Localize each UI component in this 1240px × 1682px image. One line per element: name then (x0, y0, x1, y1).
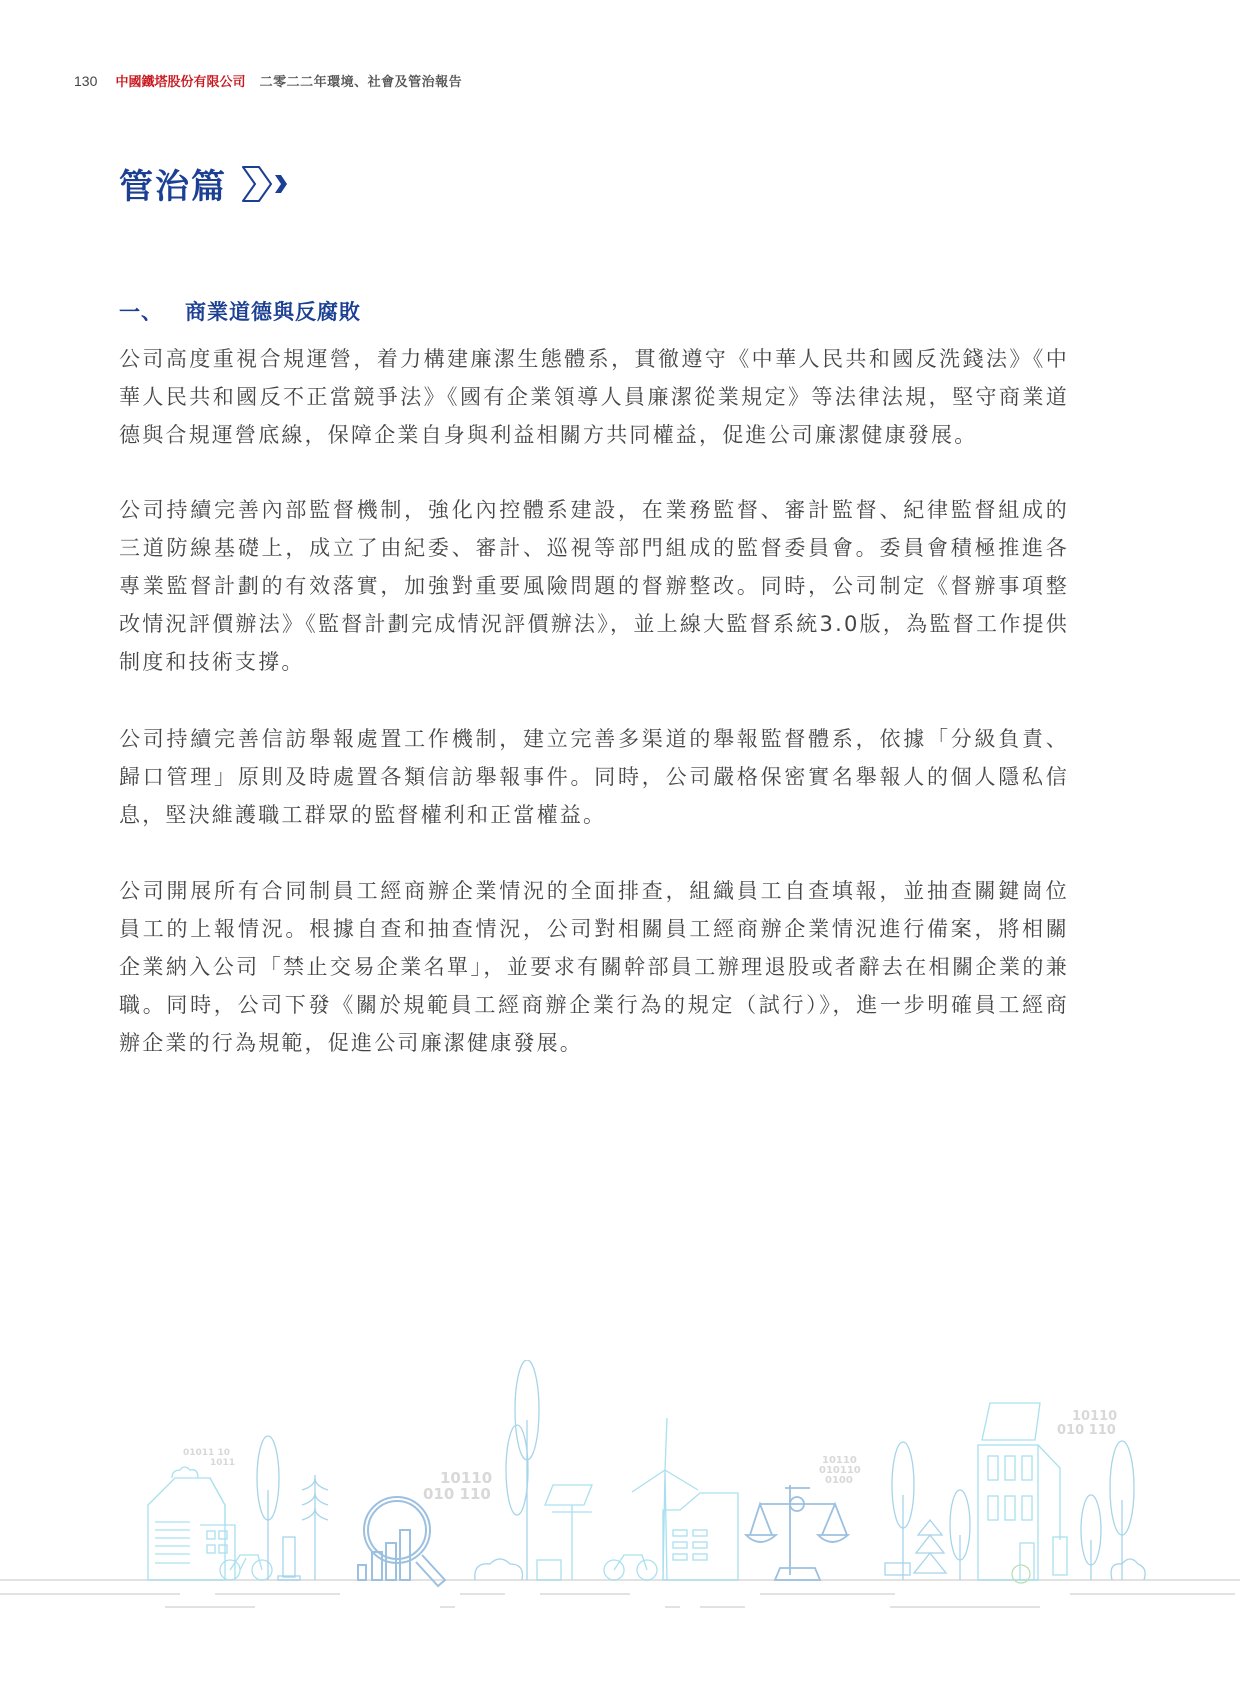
paragraph: 公司持續完善信訪舉報處置工作機制，建立完善多渠道的舉報監督體系，依據「分級負責、… (119, 720, 1069, 834)
svg-text:0100: 0100 (825, 1475, 853, 1486)
page-number: 130 (74, 73, 97, 89)
chapter-heading: 管治篇 (119, 159, 289, 208)
city-illustration: 01011 10 1011 10110 010 110 10110 010110… (0, 1360, 1240, 1620)
paragraph: 公司高度重視合規運營，着力構建廉潔生態體系，貫徹遵守《中華人民共和國反洗錢法》《… (119, 340, 1069, 454)
chapter-title: 管治篇 (119, 159, 227, 208)
section-heading: 一、商業道德與反腐敗 (119, 296, 361, 326)
section-number: 一、 (119, 300, 163, 324)
svg-text:1011: 1011 (210, 1458, 235, 1468)
double-chevron-right-icon (239, 164, 289, 204)
paragraph: 公司開展所有合同制員工經商辦企業情況的全面排查，組織員工自查填報，並抽查關鍵崗位… (119, 872, 1069, 1062)
svg-text:10110: 10110 (1072, 1409, 1117, 1424)
section-title: 商業道德與反腐敗 (185, 300, 361, 324)
report-title: 二零二二年環境、社會及管治報告 (260, 75, 463, 90)
page-header: 130 中國鐵塔股份有限公司 二零二二年環境、社會及管治報告 (74, 71, 462, 90)
company-name: 中國鐵塔股份有限公司 (116, 75, 246, 90)
svg-text:010 110: 010 110 (423, 1485, 491, 1503)
svg-text:010 110: 010 110 (1057, 1423, 1116, 1438)
svg-text:01011 10: 01011 10 (183, 1448, 230, 1458)
paragraph: 公司持續完善內部監督機制，強化內控體系建設，在業務監督、審計監督、紀律監督組成的… (119, 491, 1069, 681)
